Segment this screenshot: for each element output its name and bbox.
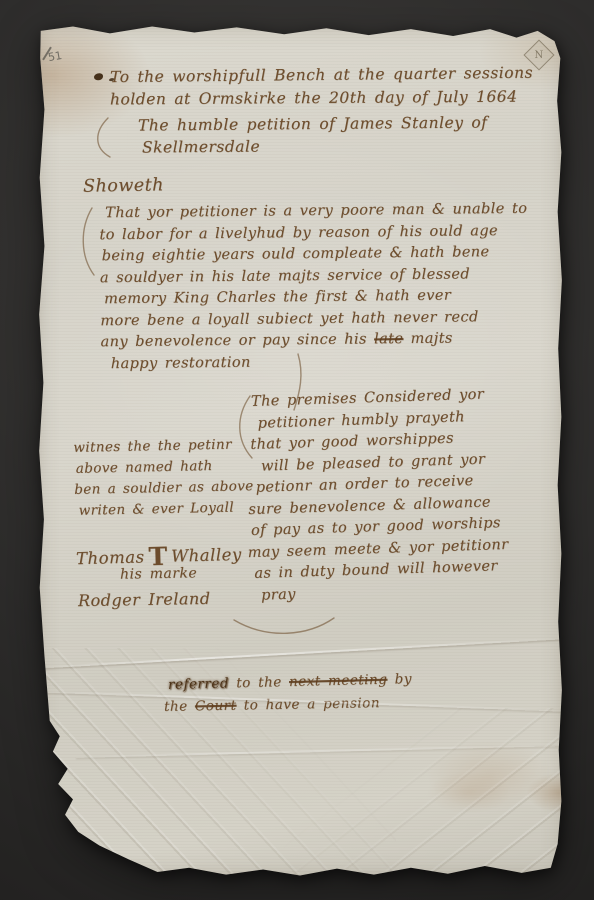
paren-flourish-showeth — [83, 208, 94, 275]
paren-flourish-header — [98, 118, 110, 157]
header-line-4: Skellmersdale — [142, 137, 260, 156]
header-line-3: The humble petition of James Stanley of — [138, 113, 488, 134]
referral-line-2: the Court to have a pension — [164, 695, 380, 715]
struck-word: late — [374, 331, 403, 347]
paper-fold-crease — [76, 744, 564, 758]
witness-attestation: witnes the the petinr above named hath b… — [73, 434, 254, 522]
stamp-monogram: N — [535, 50, 544, 61]
signature-witness-name: Rodger Ireland — [78, 589, 211, 610]
showeth-heading: Showeth — [83, 175, 164, 196]
struck-word: Court — [195, 698, 237, 715]
paper-shadow-wrap: 51 N To the worshipfull Bench at the qua… — [0, 0, 594, 900]
blotted-word: referred — [168, 675, 229, 692]
prayer-paragraph: The premises Considered yor petitioner h… — [243, 384, 510, 607]
tail-flourish-pray — [234, 618, 334, 633]
witness-line-1: witnes the the petinr — [73, 434, 253, 459]
photograph-background: { "document_type": "handwritten petition… — [0, 0, 594, 900]
header-line-2: holden at Ormskirke the 20th day of July… — [110, 88, 518, 109]
crease-stripes-bottom-right — [284, 708, 564, 878]
paper-fold-crease — [36, 637, 563, 668]
showeth-line-8: happy restoration — [111, 349, 529, 375]
petition-paper: 51 N To the worshipfull Bench at the qua… — [36, 24, 564, 878]
witness-line-4: writen & ever Loyall — [78, 497, 254, 522]
struck-words: next meeting — [289, 672, 388, 690]
showeth-line-4: a souldyer in his late majts service of … — [100, 263, 528, 289]
showeth-paragraph: That yor petitioner is a very poore man … — [97, 199, 529, 375]
header-line-1: To the worshipfull Bench at the quarter … — [94, 64, 533, 87]
referral-line-1: referred to the next meeting by — [168, 671, 412, 693]
ink-blot-icon — [94, 73, 103, 80]
signature-mark-label: his marke — [120, 565, 197, 582]
showeth-line-6: more bene a loyall subiect yet hath neve… — [100, 306, 528, 332]
pencil-folio-number: 51 — [47, 49, 63, 64]
